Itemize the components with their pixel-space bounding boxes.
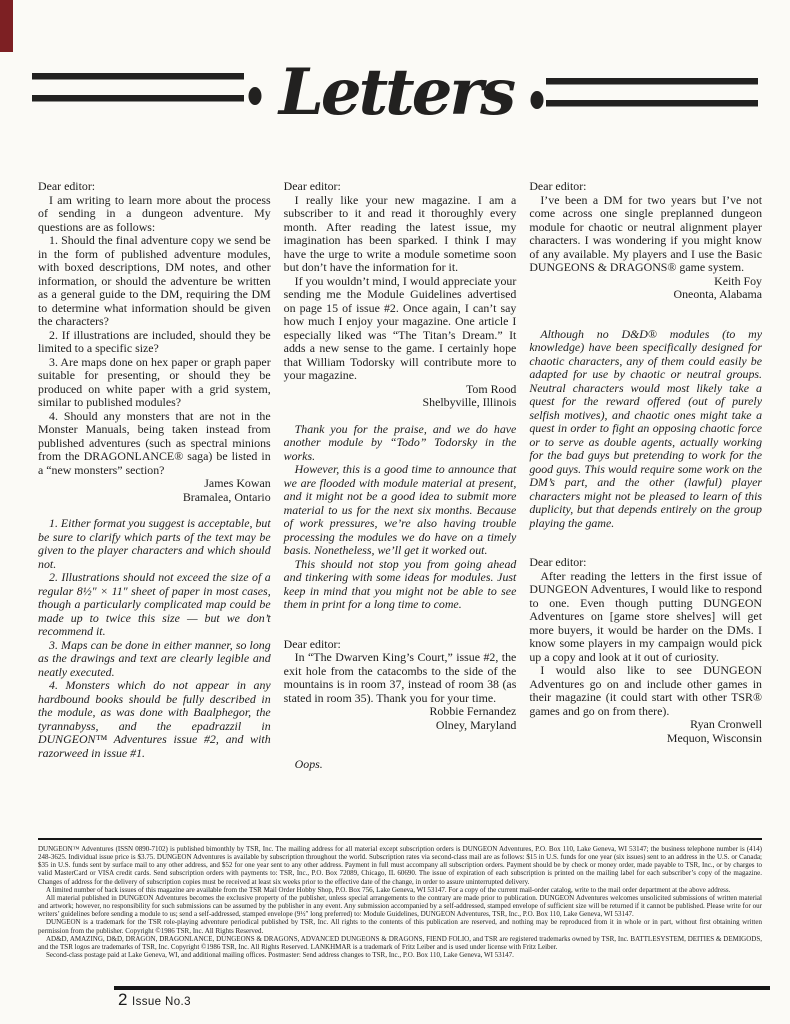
red-corner-mark [0,0,13,52]
masthead-left-dot [249,87,262,105]
fine-print-paragraph: A limited number of back issues of this … [38,886,762,894]
letters-columns: Dear editor: I am writing to learn more … [38,180,762,772]
letter-paragraph: 3. Are maps done on hex paper or graph p… [38,356,271,410]
editor-reply-paragraph: Oops. [284,758,517,772]
editor-reply-paragraph: 4. Monsters which do not appear in any h… [38,679,271,760]
masthead-title: Letters [277,55,515,130]
letters-column-3: Dear editor: I’ve been a DM for two year… [529,180,762,772]
fine-print-paragraph: AD&D, AMAZING, D&D, DRAGON, DRAGONLANCE,… [38,935,762,951]
signature-name: Tom Rood [284,383,517,397]
fine-print-paragraph: Second-class postage paid at Lake Geneva… [38,951,762,959]
salutation: Dear editor: [284,638,517,652]
letter-paragraph: I’ve been a DM for two years but I’ve no… [529,194,762,275]
letter-paragraph: After reading the letters in the first i… [529,570,762,665]
letters-column-1: Dear editor: I am writing to learn more … [38,180,271,772]
letter-paragraph: 2. If illustrations are included, should… [38,329,271,356]
editor-reply-paragraph: 3. Maps can be done in either manner, so… [38,639,271,680]
letter-paragraph: I would also like to see DUNGEON Adventu… [529,664,762,718]
editor-reply-paragraph: However, this is a good time to announce… [284,463,517,558]
fine-print-paragraph: All material published in DUNGEON Advent… [38,894,762,918]
signature-name: Keith Foy [529,275,762,289]
signature: James Kowan Bramalea, Ontario [38,477,271,504]
page-number: 2 [118,990,128,1010]
signature-name: Ryan Cronwell [529,718,762,732]
signature-place: Bramalea, Ontario [38,491,271,505]
masthead-right-dot [531,91,544,109]
letter-paragraph: 4. Should any monsters that are not in t… [38,410,271,478]
fine-print-paragraph: DUNGEON™ Adventures (ISSN 0890-7102) is … [38,845,762,886]
letter-paragraph: I really like your new magazine. I am a … [284,194,517,275]
editor-reply-paragraph: 1. Either format you suggest is acceptab… [38,517,271,571]
issue-label: Issue No.3 [132,996,191,1008]
signature-place: Olney, Maryland [284,719,517,733]
salutation: Dear editor: [284,180,517,194]
signature: Ryan Cronwell Mequon, Wisconsin [529,718,762,745]
letter-paragraph: I am writing to learn more about the pro… [38,194,271,235]
page-footer: 2 Issue No.3 [118,990,191,1010]
masthead-left-bar-top [32,73,244,80]
editor-reply-paragraph: Although no D&D® modules (to my knowledg… [529,328,762,531]
masthead-left-bar-bottom [32,95,244,102]
salutation: Dear editor: [38,180,271,194]
bottom-bar [114,986,770,990]
fine-print-paragraph: DUNGEON is a trademark for the TSR role-… [38,918,762,934]
letters-masthead: Letters [30,48,760,140]
editor-reply-paragraph: 2. Illustrations should not exceed the s… [38,571,271,639]
masthead-right-bar-top [546,78,758,85]
editor-reply-paragraph: This should not stop you from going ahea… [284,558,517,612]
publication-fine-print: DUNGEON™ Adventures (ISSN 0890-7102) is … [38,845,762,959]
masthead-right-bar-bottom [546,100,758,107]
signature-place: Oneonta, Alabama [529,288,762,302]
signature: Keith Foy Oneonta, Alabama [529,275,762,302]
editor-reply-paragraph: Thank you for the praise, and we do have… [284,423,517,464]
letter-paragraph: In “The Dwarven King’s Court,” issue #2,… [284,651,517,705]
signature-place: Mequon, Wisconsin [529,732,762,746]
letter-paragraph: If you wouldn’t mind, I would appreciate… [284,275,517,383]
signature: Robbie Fernandez Olney, Maryland [284,705,517,732]
signature-name: Robbie Fernandez [284,705,517,719]
letter-paragraph: 1. Should the final adventure copy we se… [38,234,271,329]
letters-column-2: Dear editor: I really like your new maga… [284,180,517,772]
signature-place: Shelbyville, Illinois [284,396,517,410]
salutation: Dear editor: [529,180,762,194]
footer-divider-line [38,838,762,840]
salutation: Dear editor: [529,556,762,570]
signature: Tom Rood Shelbyville, Illinois [284,383,517,410]
signature-name: James Kowan [38,477,271,491]
